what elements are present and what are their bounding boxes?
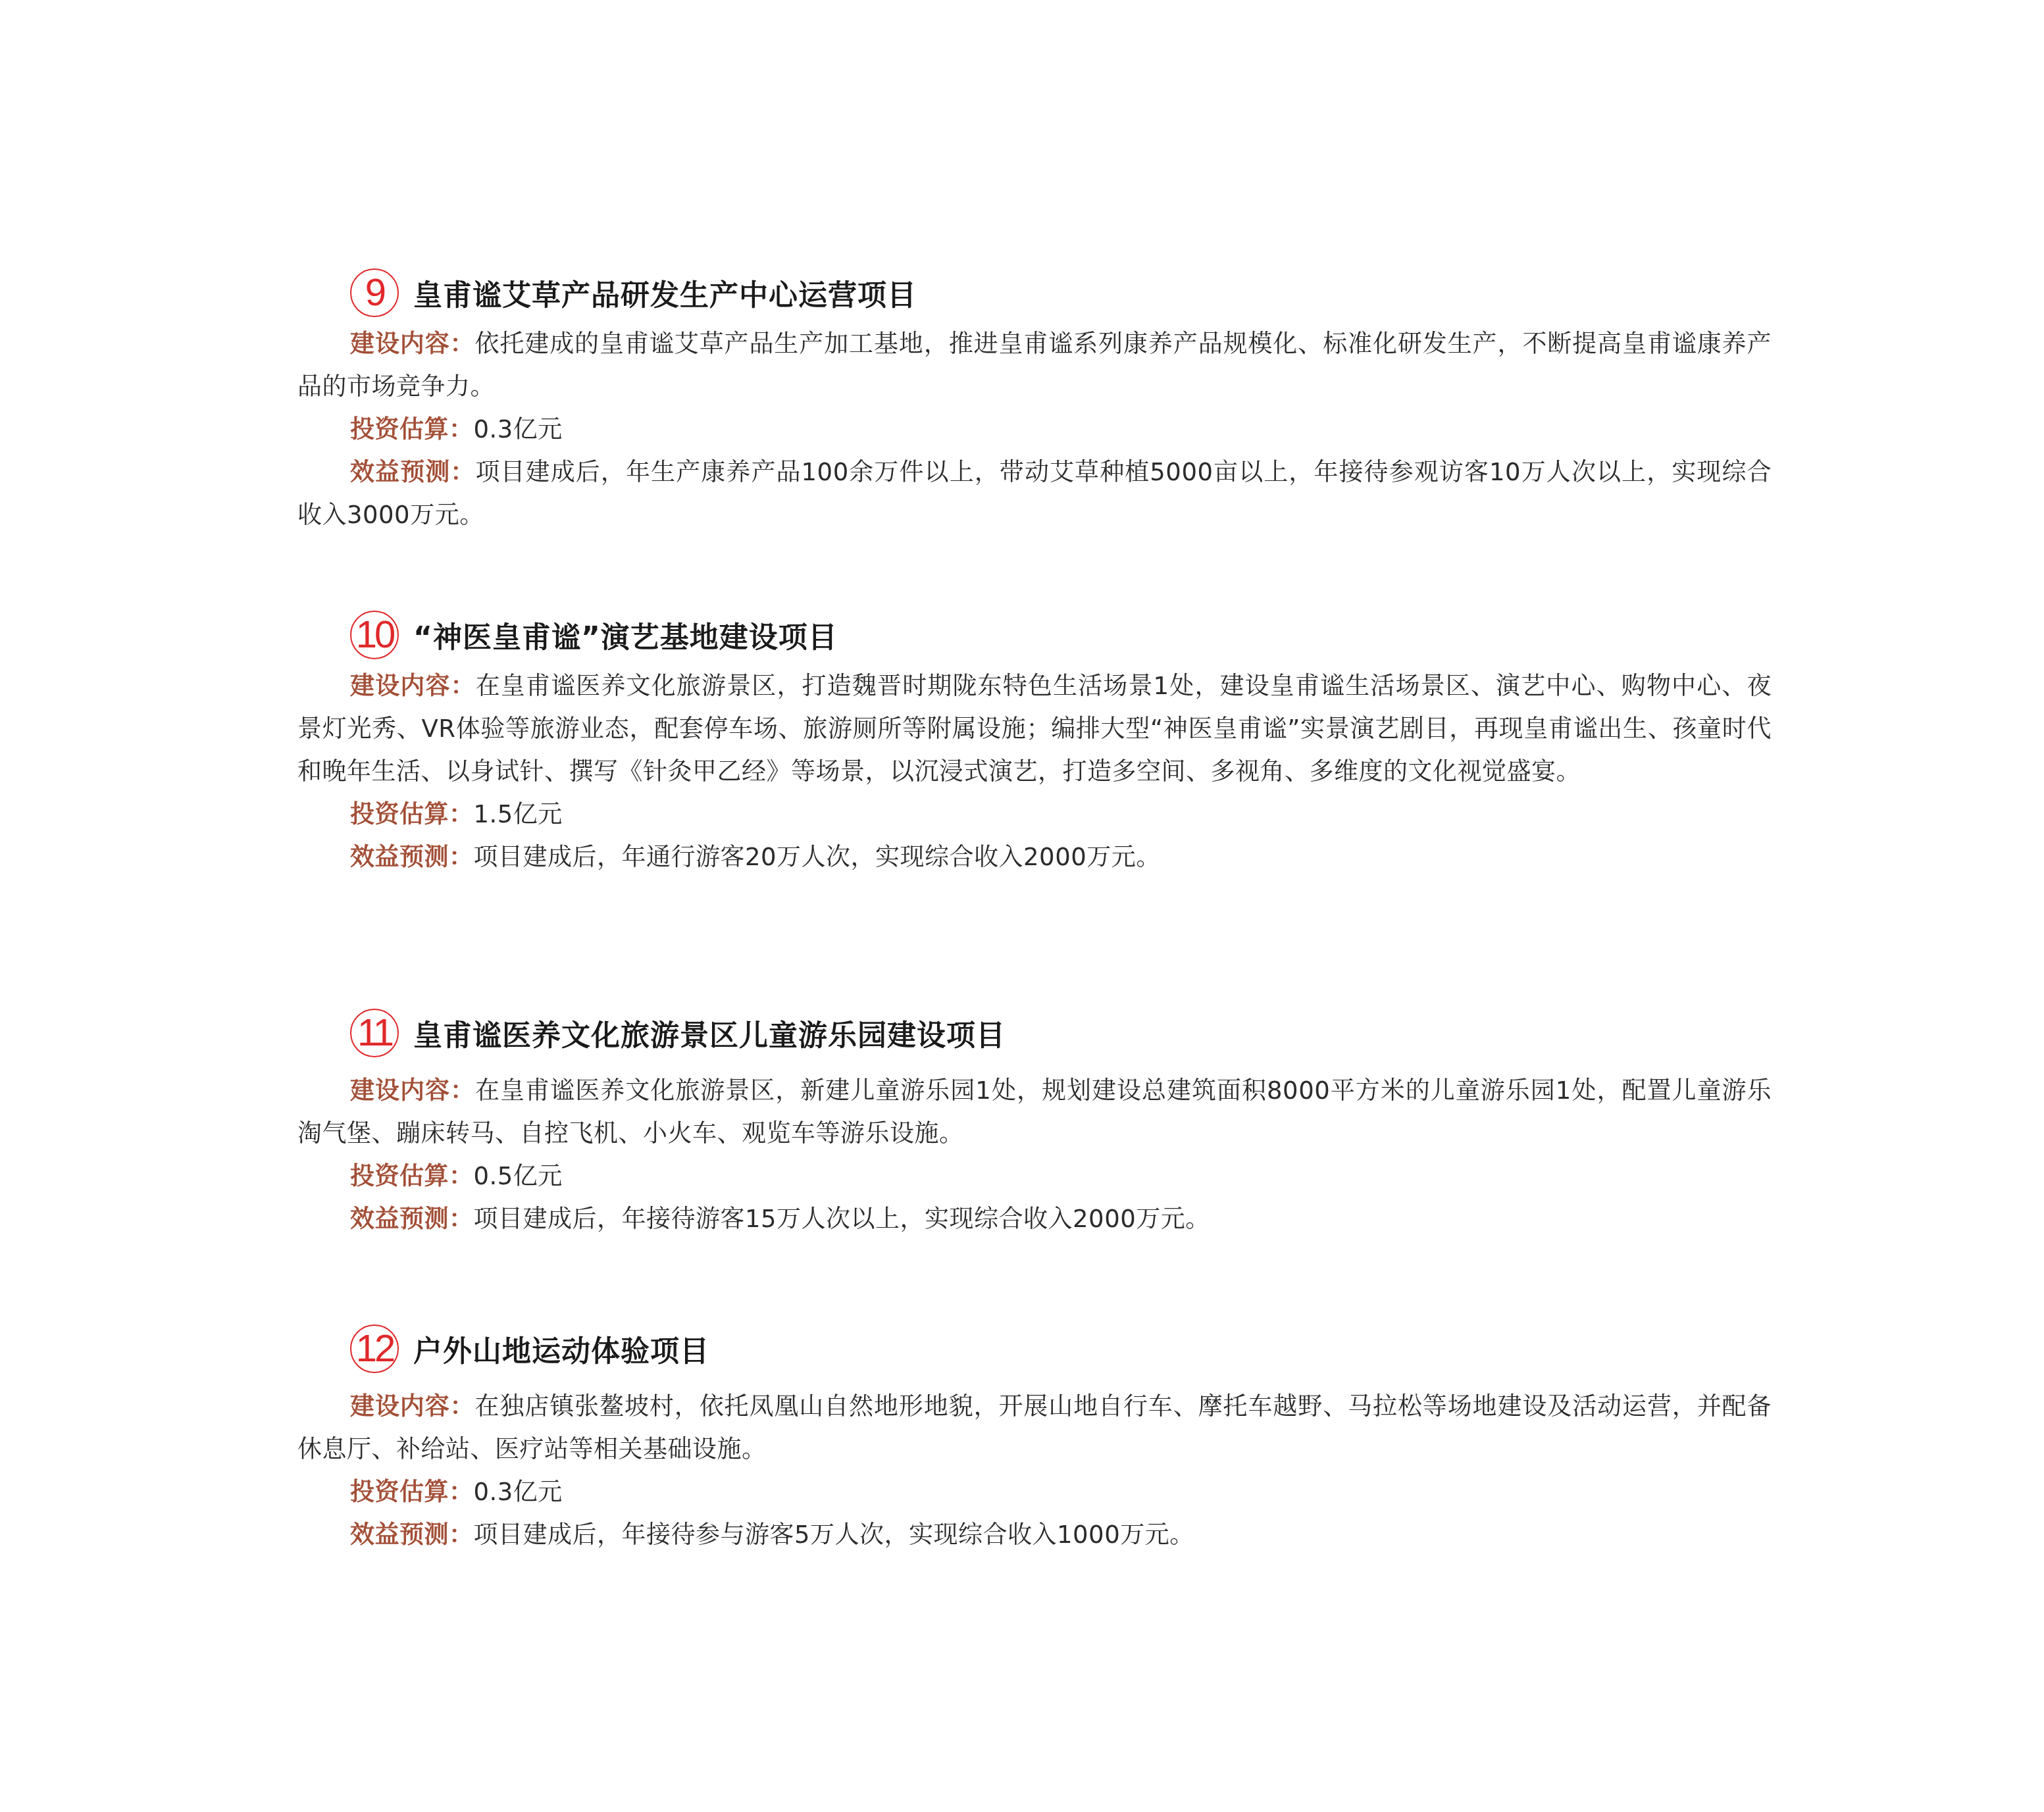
benefit-text: 项目建成后，年接待参与游客5万人次，实现综合收入1000万元。 (474, 1521, 1194, 1549)
investment-value: 0.3亿元 (474, 1478, 563, 1506)
project-heading: 9 皇甫谧艾草产品研发生产中心运营项目 (350, 263, 1772, 322)
investment-paragraph: 投资估算：0.3亿元 (297, 1471, 1772, 1513)
project-11: 11 皇甫谧医养文化旅游景区儿童游乐园建设项目 建设内容：在皇甫谧医养文化旅游景… (297, 1003, 1772, 1240)
benefit-paragraph: 效益预测：项目建成后，年接待参与游客5万人次，实现综合收入1000万元。 (297, 1513, 1772, 1556)
content-paragraph: 建设内容：在皇甫谧医养文化旅游景区，打造魏晋时期陇东特色生活场景1处，建设皇甫谧… (297, 665, 1772, 793)
project-title: 皇甫谧艾草产品研发生产中心运营项目 (413, 272, 917, 314)
content-paragraph: 建设内容：在独店镇张鳌坡村，依托凤凰山自然地形地貌，开展山地自行车、摩托车越野、… (297, 1385, 1772, 1471)
project-heading: 12 户外山地运动体验项目 (350, 1319, 1772, 1378)
project-heading: 10 “神医皇甫谧”演艺基地建设项目 (350, 605, 1772, 665)
content-paragraph: 建设内容：在皇甫谧医养文化旅游景区，新建儿童游乐园1处，规划建设总建筑面积800… (297, 1069, 1772, 1155)
benefit-paragraph: 效益预测：项目建成后，年生产康养产品100余万件以上，带动艾草种植5000亩以上… (297, 451, 1772, 536)
project-title: 皇甫谧医养文化旅游景区儿童游乐园建设项目 (413, 1012, 1006, 1054)
investment-value: 0.5亿元 (474, 1162, 563, 1190)
circled-number-icon: 10 (350, 611, 399, 659)
benefit-label: 效益预测： (350, 843, 474, 871)
content-label: 建设内容： (350, 1392, 475, 1421)
investment-label: 投资估算： (350, 1162, 474, 1190)
benefit-label: 效益预测： (350, 458, 475, 486)
project-heading: 11 皇甫谧医养文化旅游景区儿童游乐园建设项目 (350, 1003, 1772, 1063)
content-label: 建设内容： (350, 330, 475, 358)
circled-number-icon: 9 (350, 268, 399, 317)
circled-number-icon: 12 (350, 1324, 399, 1373)
investment-paragraph: 投资估算：0.3亿元 (297, 408, 1772, 451)
investment-value: 0.3亿元 (474, 415, 563, 443)
investment-label: 投资估算： (350, 800, 474, 828)
benefit-text: 项目建成后，年接待游客15万人次以上，实现综合收入2000万元。 (474, 1205, 1210, 1233)
investment-label: 投资估算： (350, 415, 474, 443)
content-paragraph: 建设内容：依托建成的皇甫谧艾草产品生产加工基地，推进皇甫谧系列康养产品规模化、标… (297, 322, 1772, 408)
benefit-label: 效益预测： (350, 1521, 474, 1549)
project-10: 10 “神医皇甫谧”演艺基地建设项目 建设内容：在皇甫谧医养文化旅游景区，打造魏… (297, 605, 1772, 878)
investment-paragraph: 投资估算：1.5亿元 (297, 793, 1772, 836)
content-text: 依托建成的皇甫谧艾草产品生产加工基地，推进皇甫谧系列康养产品规模化、标准化研发生… (297, 330, 1772, 401)
project-title: 户外山地运动体验项目 (413, 1328, 709, 1370)
content-label: 建设内容： (350, 1076, 475, 1105)
project-12: 12 户外山地运动体验项目 建设内容：在独店镇张鳌坡村，依托凤凰山自然地形地貌，… (297, 1319, 1772, 1556)
content-label: 建设内容： (350, 672, 476, 700)
investment-value: 1.5亿元 (474, 800, 563, 828)
benefit-text: 项目建成后，年通行游客20万人次，实现综合收入2000万元。 (474, 843, 1161, 871)
benefit-text: 项目建成后，年生产康养产品100余万件以上，带动艾草种植5000亩以上，年接待参… (297, 458, 1772, 529)
content-text: 在皇甫谧医养文化旅游景区，新建儿童游乐园1处，规划建设总建筑面积8000平方米的… (297, 1076, 1772, 1147)
project-title: “神医皇甫谧”演艺基地建设项目 (413, 614, 838, 656)
circled-number-icon: 11 (350, 1009, 399, 1057)
benefit-paragraph: 效益预测：项目建成后，年接待游客15万人次以上，实现综合收入2000万元。 (297, 1197, 1772, 1240)
benefit-paragraph: 效益预测：项目建成后，年通行游客20万人次，实现综合收入2000万元。 (297, 836, 1772, 878)
content-text: 在皇甫谧医养文化旅游景区，打造魏晋时期陇东特色生活场景1处，建设皇甫谧生活场景区… (297, 672, 1772, 786)
investment-paragraph: 投资估算：0.5亿元 (297, 1155, 1772, 1197)
project-9: 9 皇甫谧艾草产品研发生产中心运营项目 建设内容：依托建成的皇甫谧艾草产品生产加… (297, 263, 1772, 536)
benefit-label: 效益预测： (350, 1205, 474, 1233)
content-text: 在独店镇张鳌坡村，依托凤凰山自然地形地貌，开展山地自行车、摩托车越野、马拉松等场… (297, 1392, 1772, 1463)
investment-label: 投资估算： (350, 1478, 474, 1506)
